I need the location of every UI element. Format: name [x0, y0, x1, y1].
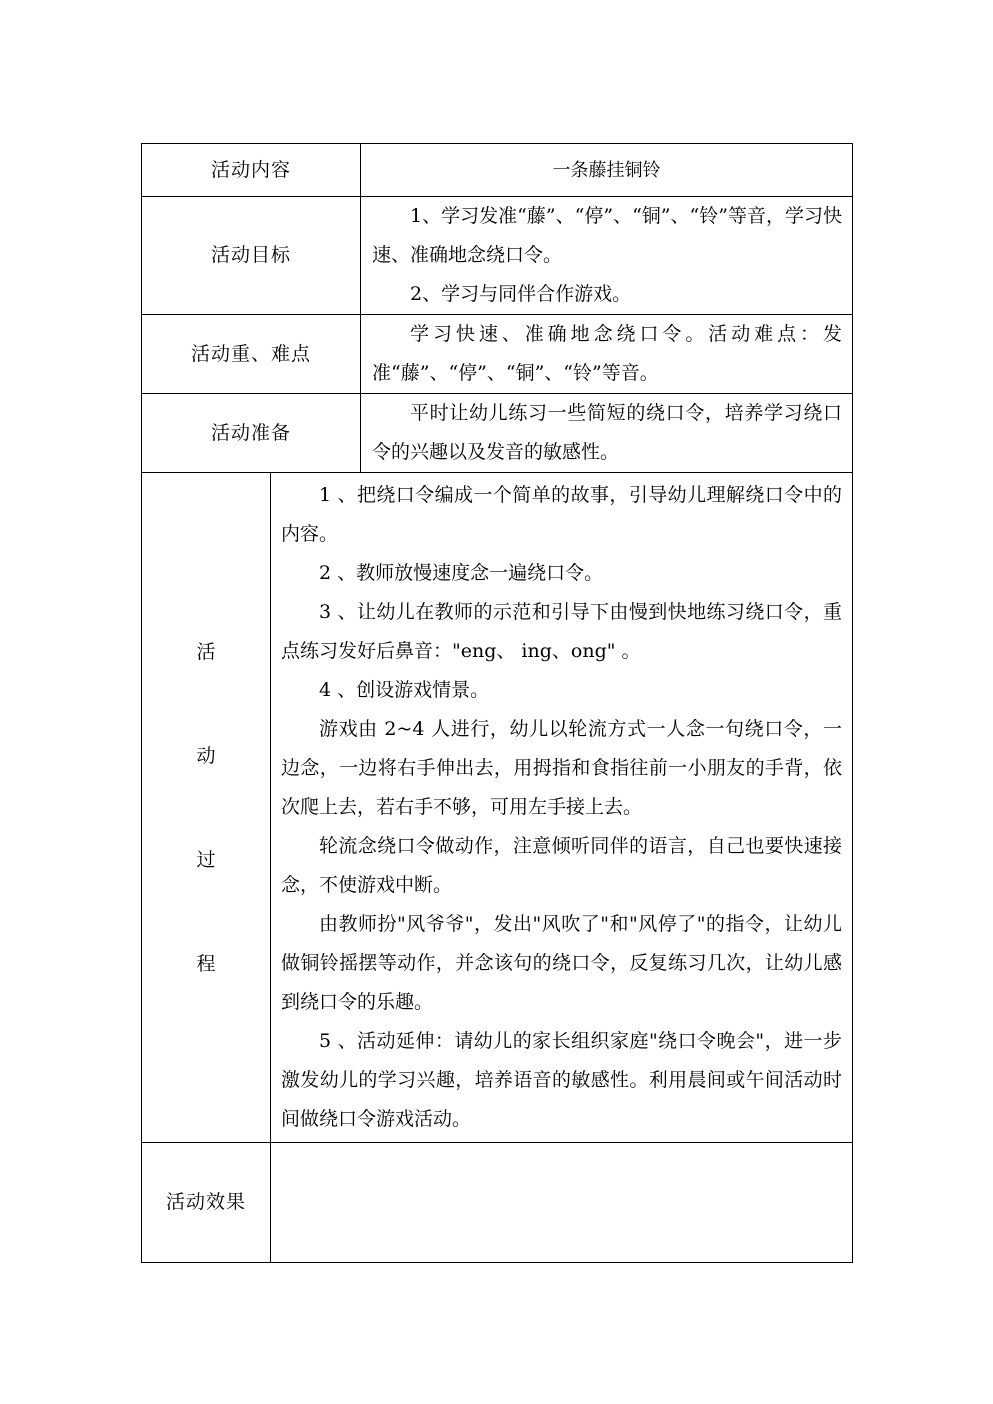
value-effect: [271, 1143, 853, 1263]
label-process-char: 活: [142, 600, 270, 704]
process-paragraph: 2 、教师放慢速度念一遍绕口令。: [281, 554, 842, 593]
row-preparation: 活动准备 平时让幼儿练习一些简短的绕口令，培养学习绕口令的兴趣以及发音的敏感性。: [142, 394, 853, 473]
process-paragraph: 游戏由 2~4 人进行，幼儿以轮流方式一人念一句绕口令，一边念，一边将右手伸出去…: [281, 710, 842, 827]
label-key-points: 活动重、难点: [142, 315, 361, 394]
process-paragraph: 5 、活动延伸：请幼儿的家长组织家庭"绕口令晚会"，进一步激发幼儿的学习兴趣，培…: [281, 1022, 842, 1139]
value-activity-goals: 1、学习发准“藤”、“停”、“铜”、“铃”等音，学习快速、准确地念绕口令。 2、…: [361, 197, 853, 315]
row-activity-content: 活动内容 一条藤挂铜铃: [142, 144, 853, 197]
preparation-text: 平时让幼儿练习一些简短的绕口令，培养学习绕口令的兴趣以及发音的敏感性。: [372, 394, 842, 472]
process-paragraph: 1 、把绕口令编成一个简单的故事，引导幼儿理解绕口令中的内容。: [281, 476, 842, 554]
document-page: 活动内容 一条藤挂铜铃 活动目标 1、学习发准“藤”、“停”、“铜”、“铃”等音…: [0, 0, 993, 1404]
value-preparation: 平时让幼儿练习一些简短的绕口令，培养学习绕口令的兴趣以及发音的敏感性。: [361, 394, 853, 473]
lesson-plan-table: 活动内容 一条藤挂铜铃 活动目标 1、学习发准“藤”、“停”、“铜”、“铃”等音…: [141, 143, 853, 1263]
goal-item: 2、学习与同伴合作游戏。: [372, 275, 842, 314]
label-activity-content: 活动内容: [142, 144, 361, 197]
row-process: 活 动 过 程 1 、把绕口令编成一个简单的故事，引导幼儿理解绕口令中的内容。 …: [142, 473, 853, 1143]
process-paragraph: 轮流念绕口令做动作，注意倾听同伴的语言，自己也要快速接念，不使游戏中断。: [281, 827, 842, 905]
value-process: 1 、把绕口令编成一个简单的故事，引导幼儿理解绕口令中的内容。 2 、教师放慢速…: [271, 473, 853, 1143]
process-paragraph: 由教师扮"风爷爷"，发出"风吹了"和"风停了"的指令，让幼儿做铜铃摇摆等动作，并…: [281, 905, 842, 1022]
row-activity-goals: 活动目标 1、学习发准“藤”、“停”、“铜”、“铃”等音，学习快速、准确地念绕口…: [142, 197, 853, 315]
label-preparation: 活动准备: [142, 394, 361, 473]
row-effect: 活动效果: [142, 1143, 853, 1263]
label-process-char: 动: [142, 704, 270, 808]
label-process-char: 过: [142, 808, 270, 912]
value-activity-content: 一条藤挂铜铃: [361, 144, 853, 197]
row-key-points: 活动重、难点 学习快速、准确地念绕口令。活动难点：发准“藤”、“停”、“铜”、“…: [142, 315, 853, 394]
key-points-text: 学习快速、准确地念绕口令。活动难点：发准“藤”、“停”、“铜”、“铃”等音。: [372, 315, 842, 393]
label-effect: 活动效果: [142, 1143, 271, 1263]
process-paragraph: 3 、让幼儿在教师的示范和引导下由慢到快地练习绕口令，重点练习发好后鼻音："en…: [281, 593, 842, 671]
label-process-char: 程: [142, 912, 270, 1016]
label-activity-goals: 活动目标: [142, 197, 361, 315]
goal-item: 1、学习发准“藤”、“停”、“铜”、“铃”等音，学习快速、准确地念绕口令。: [372, 197, 842, 275]
value-key-points: 学习快速、准确地念绕口令。活动难点：发准“藤”、“停”、“铜”、“铃”等音。: [361, 315, 853, 394]
process-paragraph: 4 、创设游戏情景。: [281, 671, 842, 710]
label-process: 活 动 过 程: [142, 473, 271, 1143]
